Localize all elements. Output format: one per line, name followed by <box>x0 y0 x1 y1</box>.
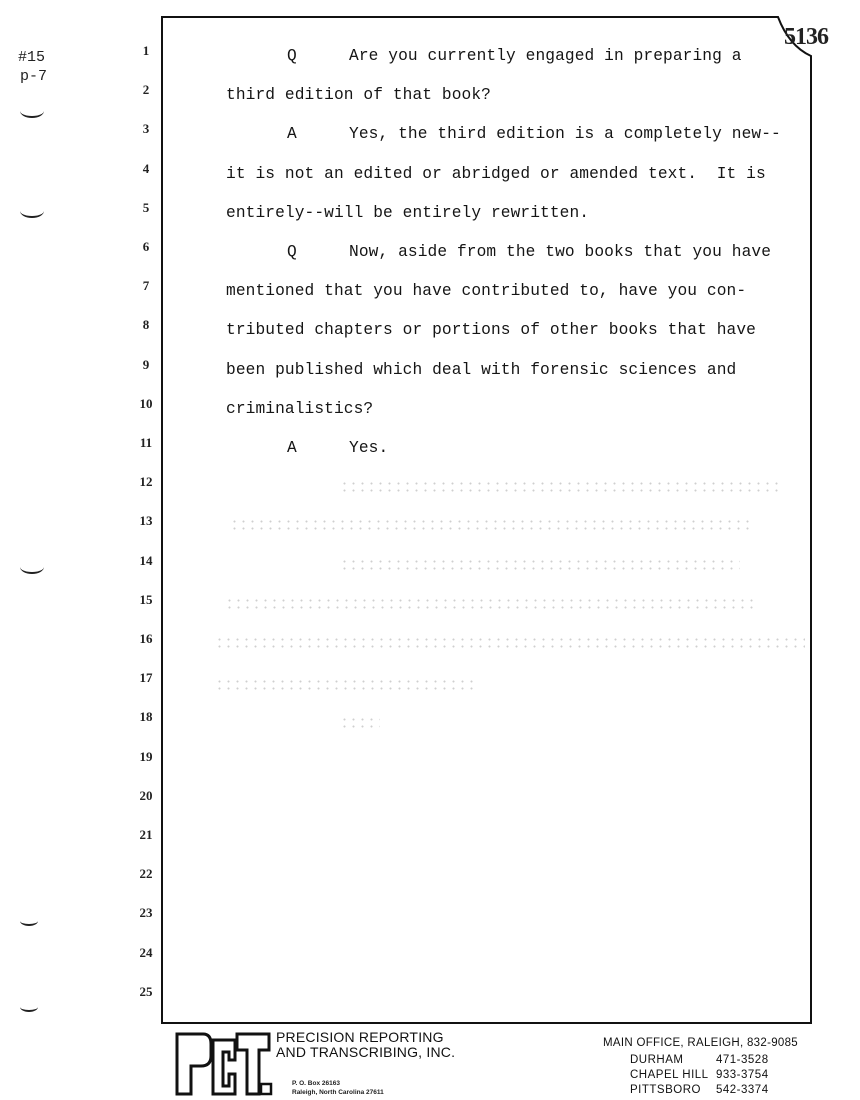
line-number: 17 <box>126 671 166 684</box>
line-number: 13 <box>126 514 166 527</box>
line-number: 20 <box>126 789 166 802</box>
line-number: 12 <box>126 475 166 488</box>
faded-text-line <box>215 636 805 650</box>
address-line-2: Raleigh, North Carolina 27611 <box>292 1090 384 1097</box>
line-number: 25 <box>126 985 166 998</box>
line-number: 18 <box>126 710 166 723</box>
line-number: 14 <box>126 554 166 567</box>
faded-text-line <box>215 678 475 692</box>
faded-text-line <box>225 597 755 611</box>
faded-text-line <box>340 558 740 572</box>
transcript-line: been published which deal with forensic … <box>226 362 736 378</box>
office-phone: 471-3528 <box>716 1054 769 1066</box>
office-row: CHAPEL HILL933-3754 <box>630 1070 769 1082</box>
line-number: 8 <box>126 318 166 331</box>
line-number: 1 <box>126 44 166 57</box>
transcript-line: Are you currently engaged in preparing a <box>349 48 742 64</box>
office-city: CHAPEL HILL <box>630 1070 716 1082</box>
transcript-line: entirely--will be entirely rewritten. <box>226 205 589 221</box>
line-number: 15 <box>126 593 166 606</box>
speaker-label: Q <box>287 244 297 260</box>
line-number: 9 <box>126 358 166 371</box>
page-ref-note: p-7 <box>20 69 47 84</box>
line-number: 6 <box>126 240 166 253</box>
speaker-label: A <box>287 126 297 142</box>
binder-hole-mark <box>20 204 44 218</box>
speaker-label: Q <box>287 48 297 64</box>
line-number: 24 <box>126 946 166 959</box>
transcript-line: Now, aside from the two books that you h… <box>349 244 771 260</box>
company-logo <box>173 1030 273 1098</box>
faded-text-line <box>340 716 380 730</box>
line-number: 5 <box>126 201 166 214</box>
main-office-phone: MAIN OFFICE, RALEIGH, 832-9085 <box>603 1037 798 1049</box>
line-number: 7 <box>126 279 166 292</box>
line-number: 23 <box>126 906 166 919</box>
tape-number-note: #15 <box>18 50 45 65</box>
office-city: PITTSBORO <box>630 1085 716 1097</box>
binder-hole-mark <box>20 104 44 118</box>
binder-hole-mark <box>20 560 44 574</box>
line-number: 21 <box>126 828 166 841</box>
transcript-line: criminalistics? <box>226 401 373 417</box>
line-number: 19 <box>126 750 166 763</box>
transcript-line: it is not an edited or abridged or amend… <box>226 166 766 182</box>
office-phone: 933-3754 <box>716 1069 769 1081</box>
office-row: PITTSBORO542-3374 <box>630 1085 769 1097</box>
binder-hole-mark <box>20 1002 38 1012</box>
line-number: 4 <box>126 162 166 175</box>
line-number: 22 <box>126 867 166 880</box>
faded-text-line <box>230 518 750 532</box>
line-number: 2 <box>126 83 166 96</box>
faded-text-line <box>340 480 780 494</box>
transcript-line: tributed chapters or portions of other b… <box>226 322 756 338</box>
speaker-label: A <box>287 440 297 456</box>
company-name-line-1: PRECISION REPORTING <box>276 1030 444 1044</box>
binder-hole-mark <box>20 916 38 926</box>
line-number: 3 <box>126 122 166 135</box>
transcript-line: Yes, the third edition is a completely n… <box>349 126 781 142</box>
office-city: DURHAM <box>630 1055 716 1067</box>
transcript-line: Yes. <box>349 440 388 456</box>
line-number: 11 <box>126 436 166 449</box>
transcript-line: mentioned that you have contributed to, … <box>226 283 746 299</box>
company-name-line-2: AND TRANSCRIBING, INC. <box>276 1045 455 1059</box>
page-number: 5136 <box>784 24 828 51</box>
office-phone: 542-3374 <box>716 1084 769 1096</box>
transcript-line: third edition of that book? <box>226 87 491 103</box>
line-number: 16 <box>126 632 166 645</box>
line-number: 10 <box>126 397 166 410</box>
office-row: DURHAM471-3528 <box>630 1055 769 1067</box>
address-line-1: P. O. Box 26163 <box>292 1081 340 1088</box>
